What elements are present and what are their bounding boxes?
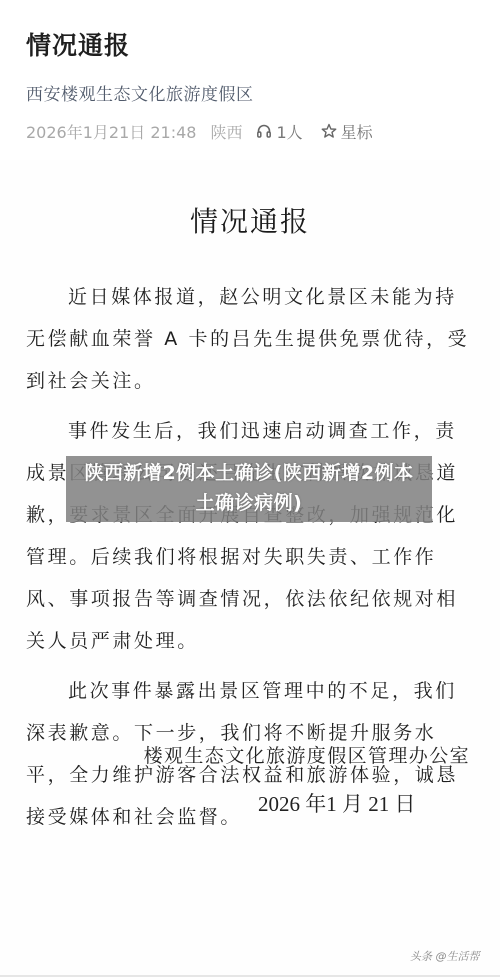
star-button[interactable]: 星标 <box>321 120 373 143</box>
text-line: 事件发生后，我们迅速启动调查工作，责 <box>26 410 476 452</box>
issuer-signature: 楼观生态文化旅游度假区管理办公室 <box>144 742 470 770</box>
listen-button[interactable]: 1人 <box>256 120 302 143</box>
publish-location: 陕西 <box>210 120 242 143</box>
text-line: 无偿献血荣誉 A 卡的吕先生提供免票优待，受 <box>26 318 476 360</box>
star-outline-icon <box>321 123 337 139</box>
star-label: 星标 <box>341 120 373 143</box>
listener-count: 1人 <box>276 120 302 143</box>
text-line: 此次事件暴露出景区管理中的不足，我们 <box>26 670 476 712</box>
text-line: 近日媒体报道，赵公明文化景区未能为持 <box>26 276 476 318</box>
headphones-icon <box>256 123 272 139</box>
paragraph-2: 事件发生后，我们迅速启动调查工作，责 成景区管理公司退还吕先生支付票款并诚恳道 … <box>26 410 476 662</box>
publish-datetime: 2026年1月21日 21:48 <box>26 120 196 143</box>
article-meta: 2026年1月21日 21:48 陕西 1人 星标 <box>26 120 373 142</box>
platform-watermark: 头条 @生活帮 <box>410 950 480 964</box>
paragraph-1: 近日媒体报道，赵公明文化景区未能为持 无偿献血荣誉 A 卡的吕先生提供免票优待，… <box>26 276 476 402</box>
article-title: 情况通报 <box>26 30 130 62</box>
text-line: 到社会关注。 <box>26 360 476 402</box>
document-title: 情况通报 <box>0 204 500 240</box>
headline-overlay: 陕西新增2例本土确诊(陕西新增2例本土确诊病例) <box>66 456 432 522</box>
article-header: 情况通报 西安楼观生态文化旅游度假区 2026年1月21日 21:48 陕西 1… <box>0 0 500 160</box>
source-account-name[interactable]: 西安楼观生态文化旅游度假区 <box>26 84 254 106</box>
text-line: 风、事项报告等调查情况，依法依纪依规对相 <box>26 578 476 620</box>
text-line: 管理。后续我们将根据对失职失责、工作作 <box>26 536 476 578</box>
notice-document-image: 情况通报 近日媒体报道，赵公明文化景区未能为持 无偿献血荣誉 A 卡的吕先生提供… <box>0 160 500 977</box>
overlay-headline: 陕西新增2例本土确诊(陕西新增2例本土确诊病例) <box>76 458 422 518</box>
text-line: 关人员严肃处理。 <box>26 620 476 662</box>
issue-date: 2026 年1 月 21 日 <box>258 790 416 818</box>
